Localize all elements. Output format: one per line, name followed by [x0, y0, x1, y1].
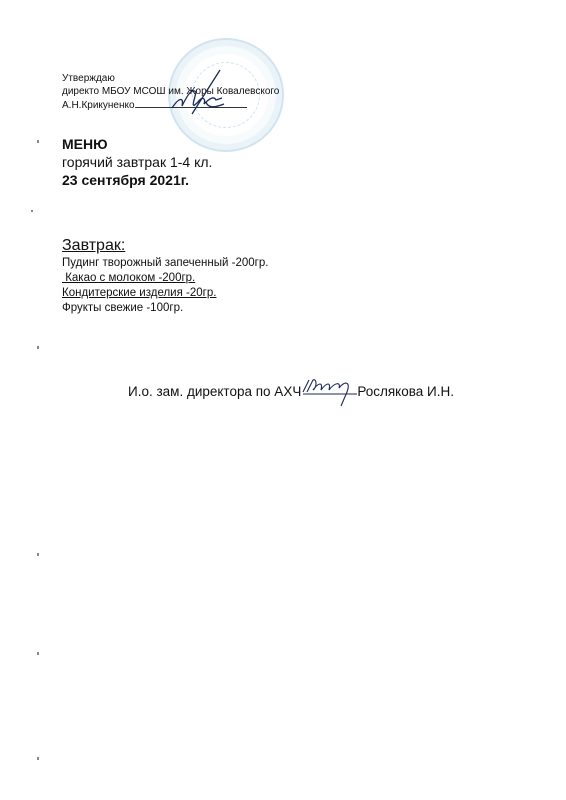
meal-heading: Завтрак: — [62, 236, 268, 256]
meal-item: Фрукты свежие -100гр. — [62, 301, 268, 316]
signer-name: Рослякова И.Н. — [357, 384, 454, 399]
scan-speck — [37, 757, 39, 760]
menu-header: МЕНЮ горячий завтрак 1-4 кл. 23 сентября… — [62, 135, 212, 189]
scan-speck — [37, 553, 39, 556]
scan-speck — [31, 210, 33, 212]
director-signature-icon — [162, 68, 242, 128]
menu-subtitle: горячий завтрак 1-4 кл. — [62, 153, 212, 171]
meal-item: Пудинг творожный запеченный -200гр. — [62, 256, 268, 271]
scan-speck — [37, 652, 39, 655]
scan-speck — [37, 346, 39, 349]
meal-section: Завтрак: Пудинг творожный запеченный -20… — [62, 236, 268, 316]
footer-signature-block: И.о. зам. директора по АХЧРослякова И.Н. — [128, 380, 454, 399]
deputy-signature-icon — [301, 380, 357, 396]
meal-item: Какао с молоком -200гр. — [62, 271, 268, 286]
menu-date: 23 сентября 2021г. — [62, 171, 212, 189]
page-title: МЕНЮ — [62, 135, 212, 153]
scan-speck — [37, 140, 39, 143]
meal-item: Кондитерские изделия -20гр. — [62, 286, 268, 301]
signer-position: И.о. зам. директора по АХЧ — [128, 384, 301, 399]
